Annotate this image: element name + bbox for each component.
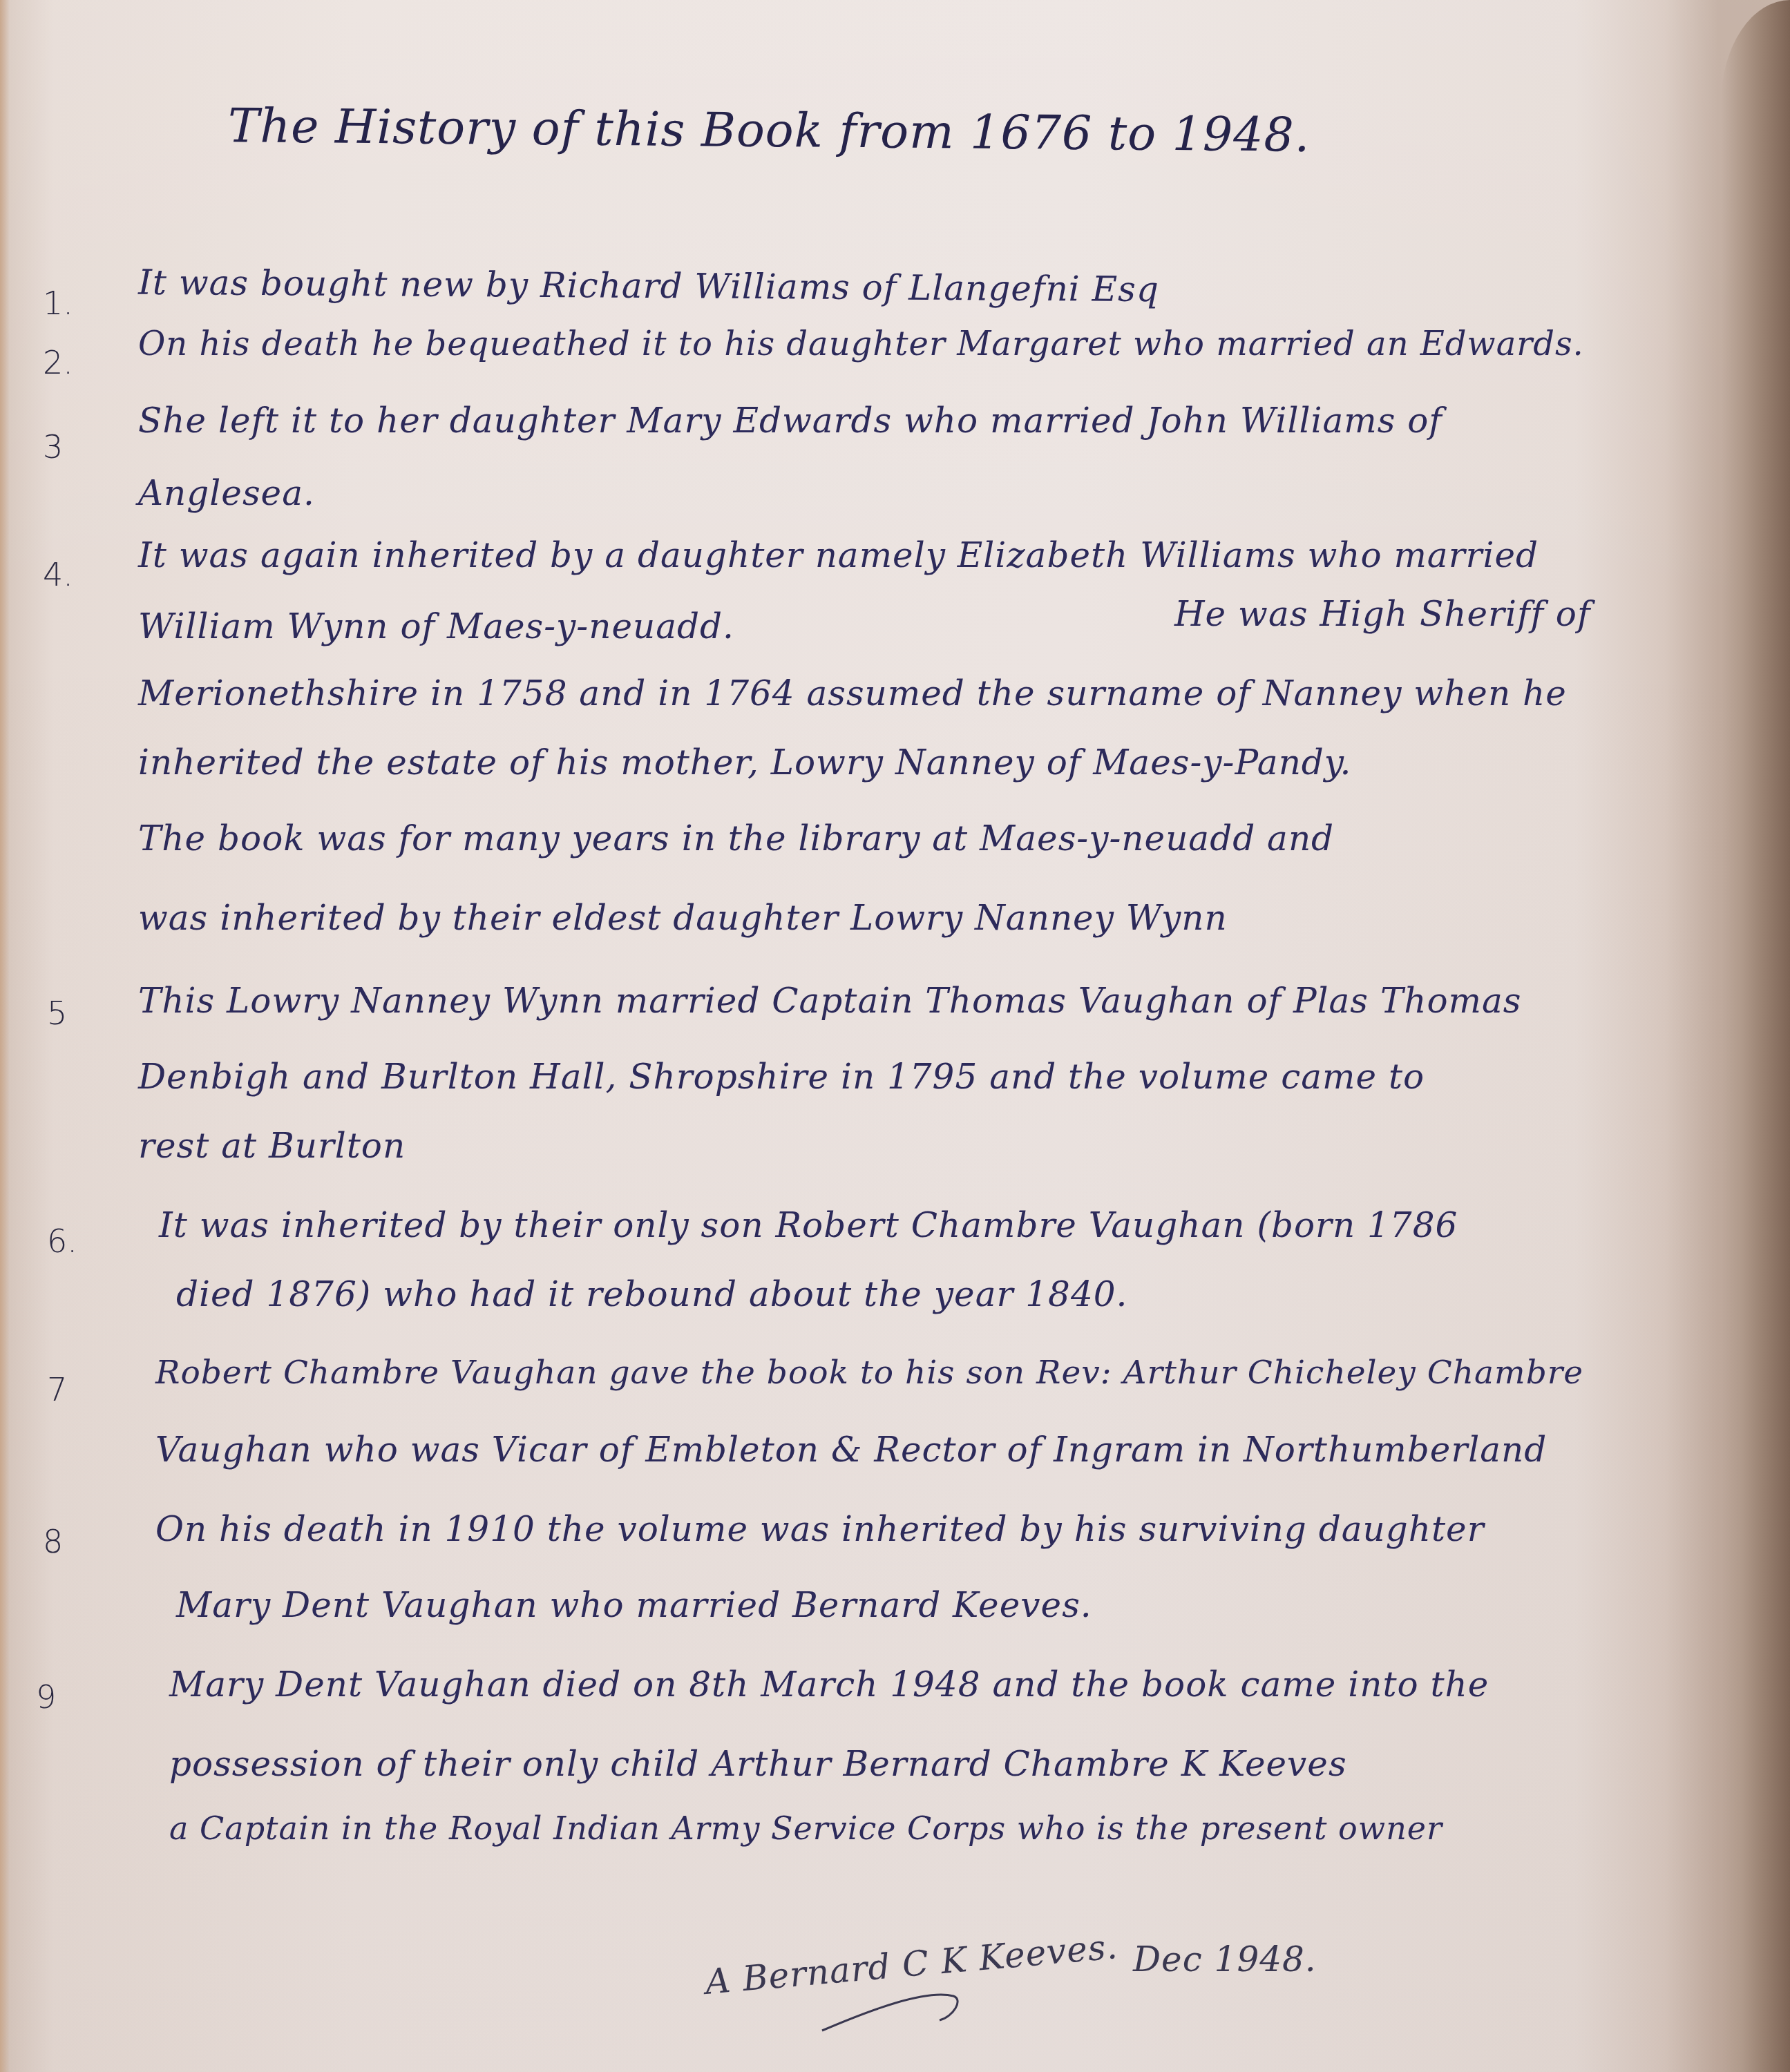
book-spine-edge [1721, 0, 1790, 2072]
entry-6-line-2: died 1876) who had it rebound about the … [176, 1274, 1127, 1314]
entry-number-1: 1. [43, 285, 73, 322]
entry-5-line-2: Denbigh and Burlton Hall, Shropshire in … [138, 1057, 1425, 1097]
entry-number-7: 7 [47, 1371, 67, 1408]
manuscript-page: The History of this Book from 1676 to 19… [0, 0, 1790, 2072]
entry-number-2: 2. [43, 344, 73, 381]
entry-number-8: 8 [43, 1523, 63, 1560]
entry-4-line-6: The book was for many years in the libra… [138, 818, 1334, 858]
signature-date: Dec 1948. [1133, 1939, 1317, 1979]
entry-4-line-1: It was again inherited by a daughter nam… [138, 535, 1539, 575]
entry-5-line-1: This Lowry Nanney Wynn married Captain T… [138, 981, 1521, 1021]
entry-7-line-1: Robert Chambre Vaughan gave the book to … [155, 1354, 1583, 1392]
entry-3-line-2: Anglesea. [138, 473, 315, 513]
entry-4-line-3: He was High Sheriff of [1174, 594, 1590, 634]
entry-9-line-1: Mary Dent Vaughan died on 8th March 1948… [169, 1665, 1489, 1705]
entry-4-line-4: Merionethshire in 1758 and in 1764 assum… [138, 673, 1567, 713]
page-title: The History of this Book from 1676 to 19… [228, 99, 1311, 163]
entry-number-6: 6. [47, 1222, 77, 1260]
entry-4-line-2: William Wynn of Maes-y-neuadd. [138, 606, 734, 646]
entry-6-line-1: It was inherited by their only son Rober… [159, 1205, 1458, 1245]
entry-4-line-7: was inherited by their eldest daughter L… [138, 898, 1228, 938]
entry-4-line-5: inherited the estate of his mother, Lowr… [138, 742, 1351, 783]
entry-9-line-2: possession of their only child Arthur Be… [169, 1744, 1347, 1784]
entry-1-line-1: It was bought new by Richard Williams of… [138, 262, 1159, 309]
entry-9-line-3: a Captain in the Royal Indian Army Servi… [169, 1810, 1443, 1847]
entry-5-line-3: rest at Burlton [138, 1126, 406, 1166]
entry-2-line-1: On his death he bequeathed it to his dau… [138, 325, 1584, 363]
entry-8-line-1: On his death in 1910 the volume was inhe… [155, 1509, 1485, 1549]
signature-flourish-icon [815, 1982, 981, 2037]
entry-number-5: 5 [47, 995, 67, 1032]
entry-8-line-2: Mary Dent Vaughan who married Bernard Ke… [176, 1585, 1092, 1625]
entry-3-line-1: She left it to her daughter Mary Edwards… [138, 401, 1443, 441]
page-left-edge [0, 0, 10, 2072]
entry-number-3: 3 [43, 428, 63, 466]
entry-number-4: 4. [43, 556, 73, 593]
entry-7-line-2: Vaughan who was Vicar of Embleton & Rect… [155, 1430, 1547, 1470]
entry-number-9: 9 [36, 1678, 56, 1716]
